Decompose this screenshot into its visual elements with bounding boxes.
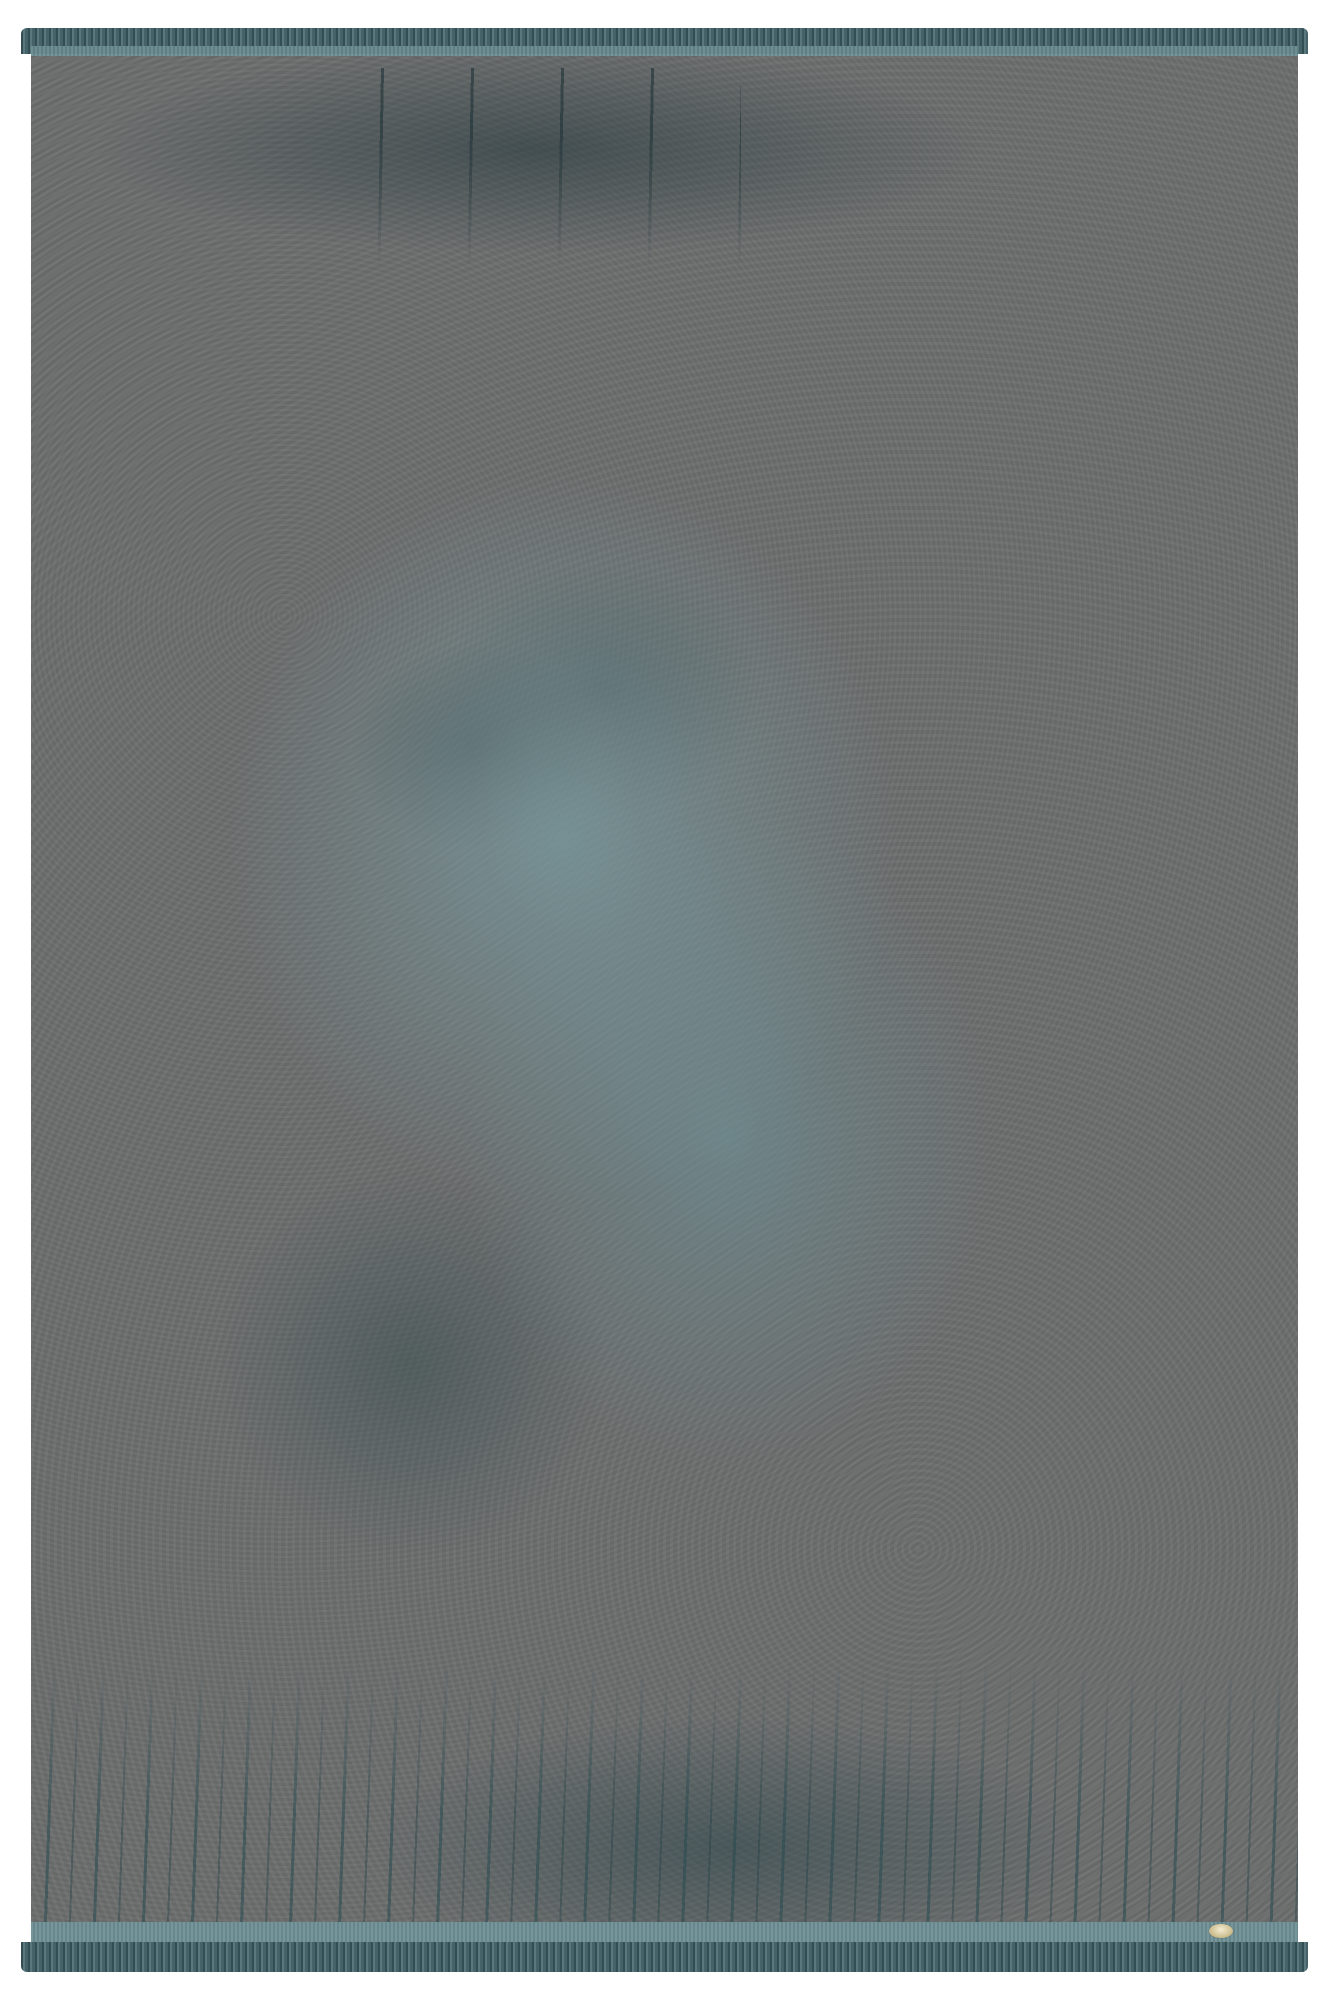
rug-field — [31, 56, 1298, 1922]
brand-label-icon — [1209, 1924, 1233, 1938]
top-binding — [31, 46, 1298, 56]
bottom-teal-streaks — [31, 1662, 1298, 1922]
top-dark-streaks — [321, 68, 741, 268]
bottom-binding — [31, 1922, 1298, 1944]
bottom-fringe — [21, 1942, 1308, 1972]
rug — [21, 28, 1308, 1972]
